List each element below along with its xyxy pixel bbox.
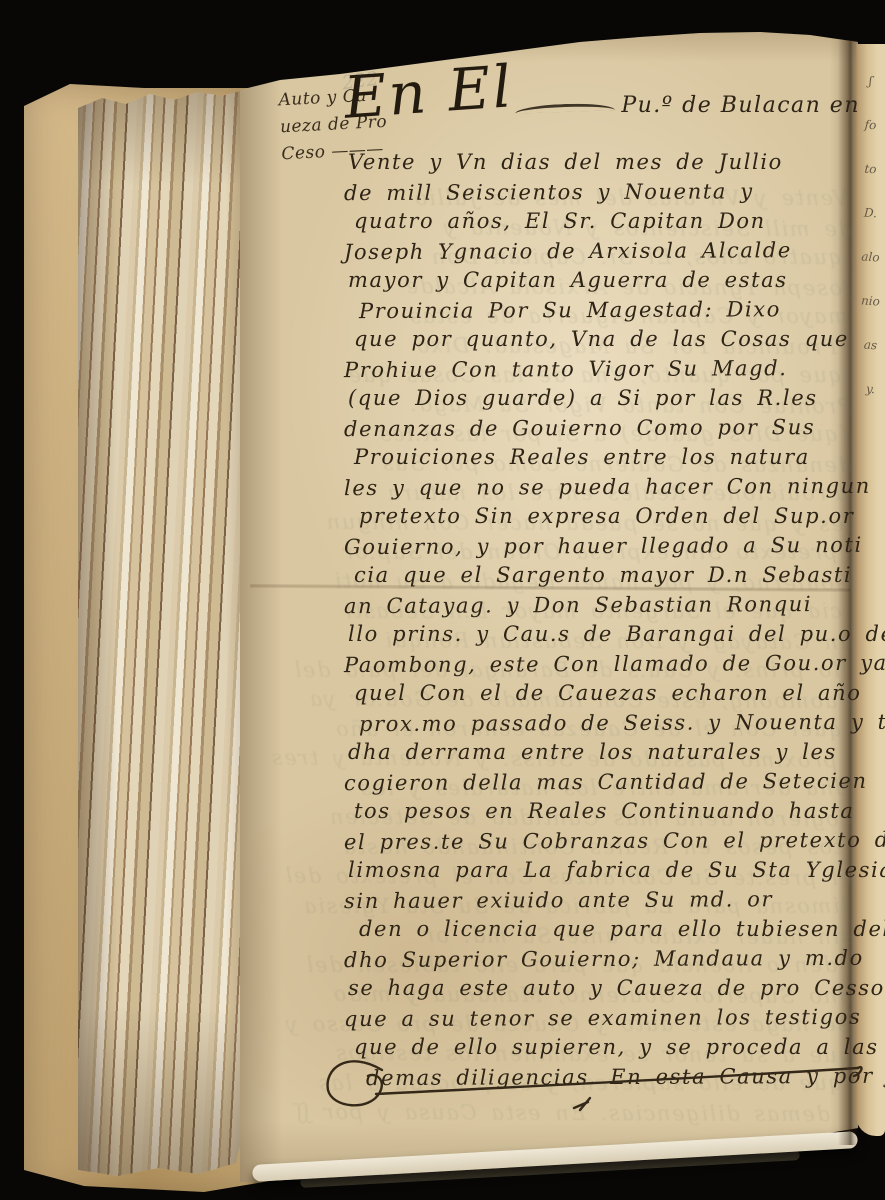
manuscript-line: den o licencia que para ello tubiesen de… xyxy=(359,915,860,945)
manuscript-line: dha derrama entre los naturales y les xyxy=(348,738,860,768)
manuscript-line: an Catayag. y Don Sebastian Ronqui xyxy=(344,589,860,621)
manuscript-line: Gouierno, y por hauer llegado a Su noti xyxy=(344,530,860,562)
opening-flourish: En El xyxy=(342,56,515,128)
manuscript-line: se haga este auto y Caueza de pro Cesso … xyxy=(348,974,860,1004)
manuscript-line: Joseph Ygnacio de Arxisola Alcalde xyxy=(344,235,860,267)
manuscript-lines: Vente y Vn dias del mes de Jullio de mil… xyxy=(344,148,860,1092)
manuscript-line: Prohiue Con tanto Vigor Su Magd. xyxy=(344,353,860,385)
manuscript-line: denanzas de Gouierno Como por Sus xyxy=(344,412,860,444)
manuscript-line: cogieron della mas Cantidad de Setecien xyxy=(344,766,860,798)
manuscript-photo: ʃ fo to D. alo nio as y. Vente y Vn dias… xyxy=(0,0,885,1200)
next-page-edge: ʃ fo to D. alo nio as y. xyxy=(856,44,885,1136)
manuscript-line: llo prins. y Cau.s de Barangai del pu.o … xyxy=(348,620,860,650)
manuscript-line: sin hauer exiuido ante Su md. or xyxy=(344,884,860,916)
rubric-flourish xyxy=(318,1048,866,1120)
manuscript-line: Paombong, este Con llamado de Gou.or ya xyxy=(344,648,860,680)
manuscript-line: de mill Seiscientos y Nouenta y xyxy=(344,176,860,208)
manuscript-line: Vente y Vn dias del mes de Jullio xyxy=(348,148,860,178)
manuscript-line: quel Con el de Cauezas echaron el año xyxy=(354,679,860,709)
manuscript-line: dho Superior Gouierno; Mandaua y m.do xyxy=(344,943,860,975)
manuscript-line: tos pesos en Reales Continuando hasta xyxy=(354,797,860,827)
manuscript-line: pretexto Sin expresa Orden del Sup.or xyxy=(359,502,860,532)
manuscript-line: que por quanto, Vna de las Cosas que xyxy=(354,325,860,355)
opening-line: En El Pu.º de Bulacan en xyxy=(344,62,860,148)
page-edges-stack xyxy=(78,88,258,1180)
manuscript-line: que a su tenor se examinen los testigos xyxy=(344,1002,860,1034)
manuscript-line: cia que el Sargento mayor D.n Sebasti xyxy=(354,561,860,591)
manuscript-line: mayor y Capitan Aguerra de estas xyxy=(348,266,860,296)
manuscript-line: el pres.te Su Cobranzas Con el pretexto … xyxy=(344,825,860,857)
manuscript-line: (que Dios guarde) a Si por las R.les xyxy=(348,384,860,414)
manuscript-line: limosna para La fabrica de Su Sta Yglesi… xyxy=(348,856,860,886)
manuscript-line: Prouiciones Reales entre los natura xyxy=(354,443,860,473)
manuscript-text: En El Pu.º de Bulacan en Vente y Vn dias… xyxy=(344,62,860,1092)
opening-rest-text: Pu.º de Bulacan en xyxy=(621,93,860,118)
manuscript-line: prox.mo passado de Seiss. y Nouenta y tr… xyxy=(359,707,860,739)
manuscript-line: les y que no se pueda hacer Con ningun xyxy=(344,471,860,503)
manuscript-line: Prouincia Por Su Magestad: Dixo xyxy=(359,294,860,326)
opening-flourish-swash xyxy=(515,102,615,113)
manuscript-line: quatro años, El Sr. Capitan Don xyxy=(354,207,860,237)
